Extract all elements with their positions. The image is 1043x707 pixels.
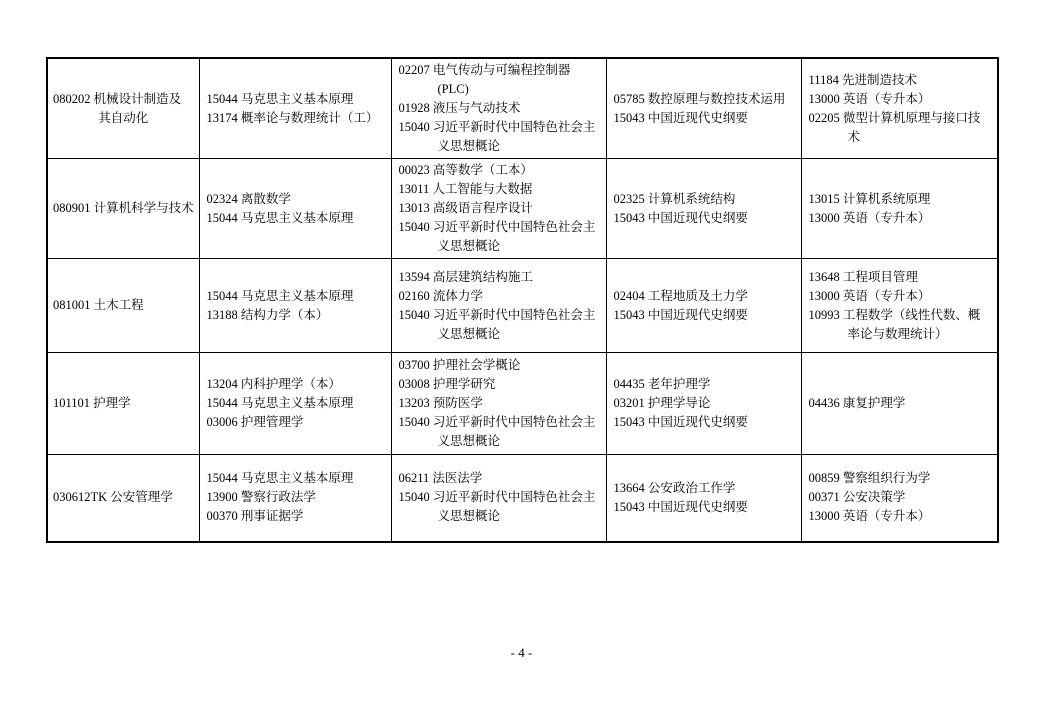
slot1-courses-cell: 02324 离散数学15044 马克思主义基本原理 [199, 159, 391, 259]
course-item: 02324 离散数学 [207, 190, 384, 209]
slot4-courses-cell: 00859 警察组织行为学00371 公安决策学13000 英语（专升本） [801, 455, 998, 542]
table-row: 080901 计算机科学与技术02324 离散数学15044 马克思主义基本原理… [47, 159, 998, 259]
course-item: 15040 习近平新时代中国特色社会主义思想概论 [399, 306, 599, 344]
course-item: 02404 工程地质及土力学 [614, 287, 794, 306]
course-item: 02160 流体力学 [399, 287, 599, 306]
course-item: 13000 英语（专升本） [809, 507, 991, 526]
major-cell: 030612TK 公安管理学 [47, 455, 199, 542]
course-item: 13664 公安政治工作学 [614, 479, 794, 498]
course-item: 13000 英语（专升本） [809, 90, 991, 109]
course-item: 15044 马克思主义基本原理 [207, 469, 384, 488]
course-item: 15043 中国近现代史纲要 [614, 306, 794, 325]
major-code-name: 080202 机械设计制造及 [53, 90, 194, 109]
slot3-courses-cell: 05785 数控原理与数控技术运用15043 中国近现代史纲要 [606, 58, 801, 159]
course-item: 02207 电气传动与可编程控制器(PLC) [399, 61, 599, 99]
course-item: 15044 马克思主义基本原理 [207, 287, 384, 306]
major-code-name: 101101 护理学 [53, 394, 194, 413]
slot1-courses-cell: 15044 马克思主义基本原理13900 警察行政法学00370 刑事证据学 [199, 455, 391, 542]
course-item: 13204 内科护理学（本） [207, 375, 384, 394]
course-item: 15043 中国近现代史纲要 [614, 109, 794, 128]
slot3-courses-cell: 02404 工程地质及土力学15043 中国近现代史纲要 [606, 259, 801, 353]
table-row: 030612TK 公安管理学15044 马克思主义基本原理13900 警察行政法… [47, 455, 998, 542]
course-item: 03700 护理社会学概论 [399, 356, 599, 375]
course-table-body: 080202 机械设计制造及其自动化15044 马克思主义基本原理13174 概… [47, 58, 998, 542]
course-item: 15040 习近平新时代中国特色社会主义思想概论 [399, 118, 599, 156]
course-item: 13900 警察行政法学 [207, 488, 384, 507]
course-item: 03006 护理管理学 [207, 413, 384, 432]
course-item: 00023 高等数学（工本） [399, 161, 599, 180]
course-item: 03201 护理学导论 [614, 394, 794, 413]
slot3-courses-cell: 04435 老年护理学03201 护理学导论15043 中国近现代史纲要 [606, 353, 801, 455]
course-item: 15044 马克思主义基本原理 [207, 394, 384, 413]
exam-course-table: 080202 机械设计制造及其自动化15044 马克思主义基本原理13174 概… [46, 57, 999, 543]
course-item: 02325 计算机系统结构 [614, 190, 794, 209]
major-cell: 101101 护理学 [47, 353, 199, 455]
course-item: 13174 概率论与数理统计（工） [207, 109, 384, 128]
slot4-courses-cell: 13648 工程项目管理13000 英语（专升本）10993 工程数学（线性代数… [801, 259, 998, 353]
course-item: 15044 马克思主义基本原理 [207, 209, 384, 228]
slot1-courses-cell: 15044 马克思主义基本原理13188 结构力学（本） [199, 259, 391, 353]
major-code-name: 030612TK 公安管理学 [53, 488, 194, 507]
slot4-courses-cell: 13015 计算机系统原理13000 英语（专升本） [801, 159, 998, 259]
slot1-courses-cell: 15044 马克思主义基本原理13174 概率论与数理统计（工） [199, 58, 391, 159]
slot2-courses-cell: 03700 护理社会学概论03008 护理学研究13203 预防医学15040 … [391, 353, 606, 455]
course-item: 13203 预防医学 [399, 394, 599, 413]
slot2-courses-cell: 02207 电气传动与可编程控制器(PLC)01928 液压与气动技术15040… [391, 58, 606, 159]
major-cell: 080901 计算机科学与技术 [47, 159, 199, 259]
major-code-name: 081001 土木工程 [53, 296, 194, 315]
course-item: 04436 康复护理学 [809, 394, 991, 413]
course-item: 04435 老年护理学 [614, 375, 794, 394]
slot3-courses-cell: 02325 计算机系统结构15043 中国近现代史纲要 [606, 159, 801, 259]
course-item: 05785 数控原理与数控技术运用 [614, 90, 794, 109]
course-item: 11184 先进制造技术 [809, 71, 991, 90]
course-item: 15044 马克思主义基本原理 [207, 90, 384, 109]
course-item: 13648 工程项目管理 [809, 268, 991, 287]
course-item: 13188 结构力学（本） [207, 306, 384, 325]
course-item: 13013 高级语言程序设计 [399, 199, 599, 218]
course-item: 00371 公安决策学 [809, 488, 991, 507]
slot1-courses-cell: 13204 内科护理学（本）15044 马克思主义基本原理03006 护理管理学 [199, 353, 391, 455]
course-item: 15040 习近平新时代中国特色社会主义思想概论 [399, 218, 599, 256]
course-item: 15043 中国近现代史纲要 [614, 498, 794, 517]
major-cell: 081001 土木工程 [47, 259, 199, 353]
slot4-courses-cell: 04436 康复护理学 [801, 353, 998, 455]
slot2-courses-cell: 13594 高层建筑结构施工02160 流体力学15040 习近平新时代中国特色… [391, 259, 606, 353]
course-item: 00859 警察组织行为学 [809, 469, 991, 488]
course-item: 13594 高层建筑结构施工 [399, 268, 599, 287]
course-item: 13000 英语（专升本） [809, 209, 991, 228]
major-cell: 080202 机械设计制造及其自动化 [47, 58, 199, 159]
course-item: 10993 工程数学（线性代数、概率论与数理统计） [809, 306, 991, 344]
course-item: 13015 计算机系统原理 [809, 190, 991, 209]
course-item: 15043 中国近现代史纲要 [614, 413, 794, 432]
course-item: 15040 习近平新时代中国特色社会主义思想概论 [399, 413, 599, 451]
course-item: 01928 液压与气动技术 [399, 99, 599, 118]
major-name-continuation: 其自动化 [53, 109, 194, 128]
document-page: 080202 机械设计制造及其自动化15044 马克思主义基本原理13174 概… [0, 0, 1043, 707]
table-row: 080202 机械设计制造及其自动化15044 马克思主义基本原理13174 概… [47, 58, 998, 159]
course-item: 13011 人工智能与大数据 [399, 180, 599, 199]
course-item: 15040 习近平新时代中国特色社会主义思想概论 [399, 488, 599, 526]
course-item: 03008 护理学研究 [399, 375, 599, 394]
table-row: 101101 护理学13204 内科护理学（本）15044 马克思主义基本原理0… [47, 353, 998, 455]
major-code-name: 080901 计算机科学与技术 [53, 199, 194, 218]
course-item: 13000 英语（专升本） [809, 287, 991, 306]
slot2-courses-cell: 06211 法医法学15040 习近平新时代中国特色社会主义思想概论 [391, 455, 606, 542]
table-row: 081001 土木工程15044 马克思主义基本原理13188 结构力学（本）1… [47, 259, 998, 353]
course-item: 02205 微型计算机原理与接口技术 [809, 109, 991, 147]
slot2-courses-cell: 00023 高等数学（工本）13011 人工智能与大数据13013 高级语言程序… [391, 159, 606, 259]
course-item: 06211 法医法学 [399, 469, 599, 488]
course-item: 15043 中国近现代史纲要 [614, 209, 794, 228]
slot4-courses-cell: 11184 先进制造技术13000 英语（专升本）02205 微型计算机原理与接… [801, 58, 998, 159]
course-item: 00370 刑事证据学 [207, 507, 384, 526]
page-number: - 4 - [0, 645, 1043, 661]
slot3-courses-cell: 13664 公安政治工作学15043 中国近现代史纲要 [606, 455, 801, 542]
